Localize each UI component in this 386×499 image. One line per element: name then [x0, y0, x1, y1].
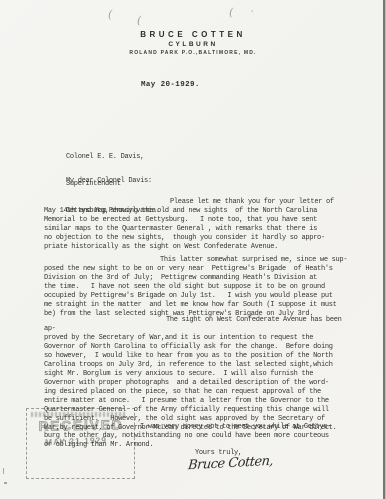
scan-speck — [3, 468, 4, 474]
pen-mark: ( — [137, 14, 141, 27]
letterhead: BRUCE COTTEN CYLBURN ROLAND PARK P.O.,BA… — [0, 30, 386, 56]
letterhead-address: ROLAND PARK P.O.,BALTIMORE, MD. — [0, 50, 386, 56]
pen-mark: ( — [229, 6, 233, 19]
letterhead-name: BRUCE COTTEN — [0, 30, 386, 39]
body-paragraph-3: The sight on West Confederate Avenue has… — [44, 316, 348, 433]
recipient-name: Colonel E. E. Davis, — [66, 153, 160, 162]
handwritten-signature: Bruce Cotten, — [187, 454, 273, 474]
pen-mark: ' — [251, 9, 253, 18]
body-paragraph-1: Please let me thank you for your letter … — [44, 198, 348, 252]
body-paragraph-2: This latter somewhat surprised me, since… — [44, 256, 348, 319]
scan-speck — [4, 482, 7, 484]
salutation: My dear Colonel Davis: — [66, 177, 152, 186]
letterhead-estate: CYLBURN — [0, 41, 386, 48]
scanned-letter-page: ( ( ( ' BRUCE COTTEN CYLBURN ROLAND PARK… — [0, 0, 386, 499]
body-paragraph-4: I was very sorry not to meet you while a… — [44, 423, 348, 450]
pen-mark: ( — [108, 8, 112, 21]
letter-date: May 20-1929. — [141, 81, 200, 89]
